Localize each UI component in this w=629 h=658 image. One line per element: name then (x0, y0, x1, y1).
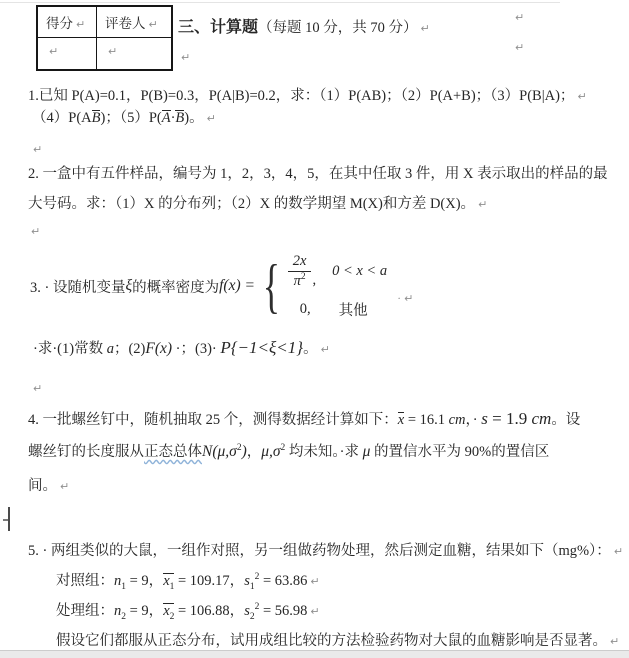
q3-ask-seg: 。 (303, 341, 318, 357)
q2-text: 2. 一盒中有五件样品，编号为 1，2，3，4，5，在其中任取 3 件，用 X … (28, 166, 608, 182)
q5-text: 5. · 两组类似的大鼠，一组作对照，另一组做药物处理，然后测定血糖，结果如下（… (28, 543, 611, 559)
paragraph-mark: ↵ (149, 18, 158, 31)
big-F-x: F(x) (145, 340, 172, 357)
q3-ask-seg: ；(2) (114, 341, 145, 357)
score-value-cell: ↵ (38, 38, 97, 69)
margin-paragraph-1: ↵ (512, 6, 524, 29)
q5-text: 假设它们都服从正态分布，试用成组比较的方法检验药物对大鼠的血糖影响是否显著。 (56, 633, 607, 649)
q2-text: 大号码。求：（1）X 的分布列；（2）X 的数学期望 M(X)和方差 D(X)。 (28, 196, 475, 212)
question-5-treated-line: 处理组：n2 = 9，x2 = 106.88，s22 = 56.98↵ (56, 600, 320, 623)
paragraph-mark: ↵ (310, 605, 319, 618)
empty-paragraph-2: ↵ (28, 220, 40, 243)
q4-seg: ， (247, 444, 262, 460)
fraction: 2x π2 (288, 253, 312, 290)
paragraph-mark: ↵ (610, 635, 619, 648)
paragraph-mark: ↵ (60, 480, 69, 493)
grammar-underlined-text: 正态总体 (144, 444, 202, 460)
section-title: 三、计算题 (178, 19, 258, 36)
score-cell: 得分↵ (38, 7, 97, 38)
q1-l2-seg: )。 (184, 110, 203, 126)
q3-intro: 的概率密度为 (132, 276, 219, 297)
q4-seg: 均未知。·求 (285, 444, 362, 460)
pi-symbol: π (294, 273, 301, 289)
q4-seg: = 16.1 (404, 412, 448, 428)
paragraph-mark: ↵ (76, 18, 85, 31)
question-2-line-2: 大号码。求：（1）X 的分布列；（2）X 的数学期望 M(X)和方差 D(X)。… (28, 193, 487, 216)
window-bottom-strip (0, 650, 629, 658)
case-row-1: 2x π2 , 0 < x < a (288, 253, 387, 290)
q3-ask-seg: ·；(3)· (172, 341, 220, 357)
q3-intro: 3. · 设随机变量 (30, 276, 125, 297)
paragraph-mark: ↵ (421, 22, 430, 35)
table-side-paragraph: ↵ (178, 46, 190, 69)
paragraph-mark: ↵ (404, 292, 413, 305)
paragraph-mark: ↵ (49, 45, 58, 58)
xi-symbol: ξ (125, 277, 132, 295)
empty-paragraph-3: ↵ (30, 377, 42, 400)
fx-equals: f(x) = (219, 277, 255, 295)
question-5-line-1: 5. · 两组类似的大鼠，一组作对照，另一组做药物处理，然后测定血糖，结果如下（… (28, 540, 623, 563)
cm-unit: cm (531, 409, 551, 428)
grader-label: 评卷人 (105, 16, 146, 31)
question-1-line-2: （4）P(AB)；（5）P(A·B)。↵ (32, 107, 216, 130)
q5-seg: = 109.17， (174, 573, 244, 589)
normal-dist-N: N(μ,σ (202, 443, 237, 460)
paragraph-mark: ↵ (33, 143, 42, 156)
paragraph-mark: ↵ (33, 382, 42, 395)
fraction-numerator: 2x (288, 253, 312, 272)
q4-seg: ，· (466, 412, 482, 428)
q1-l2-seg: （4）P(A (32, 110, 92, 126)
section-points: （每题 10 分，共 70 分） (258, 20, 418, 36)
q1-text: 1.已知 P(A)=0.1，P(B)=0.3，P(A|B)=0.2，求：（1）P… (28, 88, 574, 104)
cm-unit: cm (449, 412, 466, 428)
question-4-line-2: 螺丝钉的长度服从正态总体N(μ,σ2)，μ,σ2 均未知。·求 μ 的置信水平为… (28, 441, 549, 463)
question-3-formula-line: 3. · 设随机变量 ξ 的概率密度为 f(x) = { 2x π2 , 0 <… (30, 246, 413, 326)
question-1-line-1: 1.已知 P(A)=0.1，P(B)=0.3，P(A|B)=0.2，求：（1）P… (28, 85, 587, 108)
mu-sigma: μ,σ (261, 443, 280, 460)
paragraph-mark: ↵ (515, 11, 524, 24)
empty-paragraph-1: ↵ (30, 138, 42, 161)
paragraph-mark: ↵ (478, 198, 487, 211)
x-bar-2: x2 (163, 603, 174, 620)
paragraph-mark: ↵ (207, 112, 216, 125)
question-2-line-1: 2. 一盒中有五件样品，编号为 1，2，3，4，5，在其中任取 3 件，用 X … (28, 163, 608, 185)
x-bar-1: x1 (163, 573, 174, 590)
score-table: 得分↵ 评卷人↵ ↵ ↵ (36, 5, 173, 71)
margin-paragraph-2: ↵ (512, 36, 524, 59)
formula-end-marks: ·↵ (397, 291, 413, 306)
paragraph-mark: ↵ (31, 225, 40, 238)
paragraph-mark: ↵ (321, 343, 330, 356)
case-zero: 0, (300, 301, 311, 318)
q5-seg: = 63.86 (259, 573, 307, 589)
question-5-control-line: 对照组：n1 = 9，x1 = 109.17，s12 = 63.86↵ (56, 570, 320, 593)
case-comma: , (312, 272, 316, 289)
case-condition: 0 < x < a (332, 263, 387, 280)
control-label: 对照组： (56, 573, 114, 589)
grader-cell: 评卷人↵ (97, 7, 171, 38)
case-row-2: 0, 其他 (288, 299, 387, 320)
paragraph-mark: ↵ (181, 51, 190, 64)
var-a: a (107, 341, 114, 357)
space-dot: · (397, 291, 401, 305)
paragraph-mark: ↵ (108, 45, 117, 58)
paragraph-mark: ↵ (577, 90, 586, 103)
section-heading: 三、计算题（每题 10 分，共 70 分）↵ (178, 14, 430, 37)
a-bar: A (162, 110, 171, 127)
page-top-edge (0, 2, 560, 3)
q4-seg: 间。 (28, 478, 57, 494)
fraction-denominator: π2 (294, 272, 306, 290)
q4-seg: 的置信水平为 90%的置信区 (370, 444, 549, 460)
q4-seg: 。设 (551, 412, 580, 428)
q1-l2-seg: )；（5）P( (100, 110, 161, 126)
q5-seg: = 56.98 (259, 603, 307, 619)
paragraph-mark: ↵ (614, 545, 623, 558)
q4-seg: = 1.9 (488, 409, 532, 428)
q5-seg: = 9， (126, 573, 163, 589)
document-page[interactable]: 得分↵ 评卷人↵ ↵ ↵ ↵ 三、计算题（每题 10 分，共 70 分）↵ ↵ … (0, 0, 629, 658)
q3-ask-seg: ·求·(1)常数 (33, 341, 107, 357)
s-variable: s (481, 409, 488, 428)
pi-exponent: 2 (301, 272, 306, 282)
q5-seg: = 106.88， (174, 603, 244, 619)
paragraph-mark: ↵ (310, 575, 319, 588)
q4-seg: 螺丝钉的长度服从 (28, 444, 144, 460)
grader-value-cell: ↵ (97, 38, 171, 69)
case-otherwise: 其他 (339, 299, 368, 320)
text-caret (8, 507, 10, 531)
question-3-ask-line: ·求·(1)常数 a；(2)F(x) ·；(3)· P{−1<ξ<1}。↵ (33, 337, 330, 361)
s-subscript: 1 (250, 582, 255, 592)
b-bar: B (175, 110, 184, 127)
q4-seg: 4. 一批螺丝钉中，随机抽取 25 个，测得数据经计算如下： (28, 412, 398, 428)
q5-seg: = 9， (126, 603, 163, 619)
question-4-line-1: 4. 一批螺丝钉中，随机抽取 25 个，测得数据经计算如下：x = 16.1 c… (28, 408, 580, 431)
paragraph-mark: ↵ (515, 41, 524, 54)
question-4-line-3: 间。↵ (28, 475, 69, 498)
s-subscript: 2 (250, 612, 255, 622)
left-brace: { (263, 250, 280, 322)
treated-label: 处理组： (56, 603, 114, 619)
piecewise-cases: 2x π2 , 0 < x < a 0, 其他 (288, 253, 387, 320)
score-label: 得分 (46, 16, 73, 31)
probability-expression: P{−1<ξ<1} (220, 338, 303, 357)
caret-tick (3, 519, 8, 521)
